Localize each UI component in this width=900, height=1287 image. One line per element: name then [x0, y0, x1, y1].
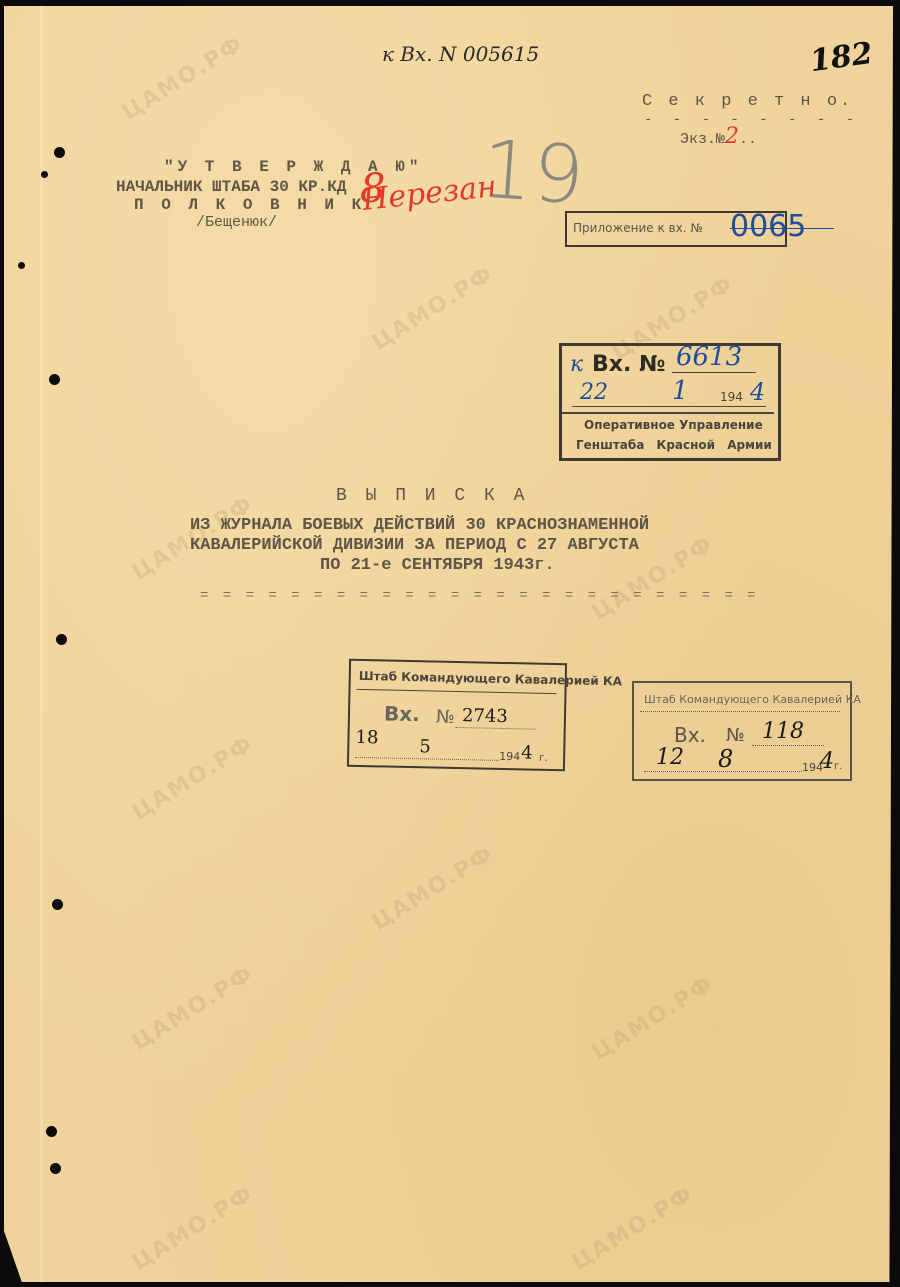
- archive-watermark: ЦАМО.РФ: [368, 261, 499, 356]
- fold-line: [40, 6, 43, 1282]
- heading-line-2: КАВАЛЕРИЙСКОЙ ДИВИЗИИ ЗА ПЕРИОД С 27 АВГ…: [190, 536, 639, 555]
- date-line: [355, 757, 499, 761]
- stamp-year-suffix: 4: [750, 378, 765, 406]
- archive-watermark: ЦАМО.РФ: [128, 961, 259, 1056]
- stamp-org-line1: Оперативное Управление: [584, 418, 763, 432]
- number-sign: №: [726, 725, 745, 746]
- page-number: 182: [808, 36, 875, 79]
- number-sign: №: [436, 707, 455, 728]
- stamp-org: Штаб Командующего Кавалерией КА: [359, 669, 623, 689]
- stamp-day: 12: [656, 745, 684, 770]
- archive-watermark: ЦАМО.РФ: [118, 31, 249, 126]
- stamp-year-end: г.: [834, 761, 842, 772]
- archive-watermark: ЦАМО.РФ: [588, 971, 719, 1066]
- date-line: [644, 771, 802, 772]
- stamp-org: Штаб Командующего Кавалерией КА: [644, 693, 861, 706]
- separator-line: = = = = = = = = = = = = = = = = = = = = …: [200, 588, 759, 604]
- copy-label: Экз.№: [680, 131, 725, 148]
- stamp-year-prefix: 194: [499, 750, 520, 763]
- punch-hole: [54, 147, 65, 158]
- punch-hole: [46, 1126, 57, 1137]
- stamp-year-suffix: 4: [820, 749, 834, 774]
- archive-watermark: ЦАМО.РФ: [128, 731, 259, 826]
- stamp-divider: [357, 689, 557, 694]
- stamp-day: 18: [355, 727, 378, 748]
- copy-dots: ..: [739, 131, 757, 148]
- copy-number-row: Экз.№2..: [680, 124, 757, 149]
- date-line: [572, 406, 766, 407]
- punch-hole: [18, 262, 25, 269]
- cavalry-stamp-1: Штаб Командующего Кавалерией КА Вх. № 27…: [347, 659, 567, 772]
- number-line: [752, 745, 824, 746]
- appendix-underline: [730, 228, 834, 229]
- cavalry-stamp-2: Штаб Командующего Кавалерией КА Вх. № 11…: [632, 681, 852, 781]
- incoming-label: Вх.: [674, 723, 706, 747]
- stamp-year-prefix: 194: [720, 390, 743, 404]
- copy-number: 2: [725, 124, 739, 149]
- stamp-prefix: к: [570, 352, 583, 377]
- heading-line-3: ПО 21-е СЕНТЯБРЯ 1943г.: [320, 556, 555, 575]
- appendix-number: 0065: [730, 209, 806, 244]
- document-page: ЦАМО.РФ ЦАМО.РФ ЦАМО.РФ ЦАМО.РФ ЦАМО.РФ …: [4, 6, 893, 1282]
- stamp-month: 5: [419, 736, 431, 757]
- incoming-label: Вх.: [384, 701, 420, 726]
- incoming-label: Вх. №: [592, 352, 665, 377]
- stamp-year-end: г.: [539, 753, 548, 764]
- signature-initial: 8: [360, 166, 385, 212]
- approval-rank: П О Л К О В Н И К: [134, 196, 365, 214]
- stamp-divider: [640, 711, 840, 712]
- archive-watermark: ЦАМО.РФ: [568, 1181, 699, 1276]
- number-line: [672, 372, 756, 373]
- punch-hole: [41, 171, 48, 178]
- punch-hole: [49, 374, 60, 385]
- number-line: [456, 727, 536, 730]
- stamp-month: 8: [718, 745, 733, 773]
- document-title: В Ы П И С К А: [336, 486, 528, 506]
- archive-watermark: ЦАМО.РФ: [368, 841, 499, 936]
- stamp-year-suffix: 4: [521, 742, 533, 763]
- divider-line: [562, 412, 774, 414]
- pencil-mark: 19: [479, 123, 587, 223]
- incoming-number: 6613: [676, 342, 742, 372]
- punch-hole: [56, 634, 67, 645]
- stamp-org-line2: Генштаба Красной Армии: [576, 438, 772, 452]
- classification-label: С е к р е т н о.: [642, 92, 853, 111]
- handwritten-reference: к Вх. N 005615: [382, 42, 539, 66]
- incoming-number: 118: [762, 719, 804, 744]
- incoming-number: 2743: [462, 705, 508, 727]
- archive-watermark: ЦАМО.РФ: [128, 1181, 259, 1276]
- heading-line-1: ИЗ ЖУРНАЛА БОЕВЫХ ДЕЙСТВИЙ 30 КРАСНОЗНАМ…: [190, 516, 649, 535]
- approval-name: /Бещенюк/: [196, 214, 277, 231]
- approval-position: НАЧАЛЬНИК ШТАБА 30 КР.КД: [116, 178, 346, 196]
- appendix-stamp-text: Приложение к вх. №: [573, 221, 703, 235]
- punch-hole: [50, 1163, 61, 1174]
- punch-hole: [52, 899, 63, 910]
- stamp-month: 1: [672, 376, 689, 406]
- stamp-day: 22: [580, 380, 608, 405]
- genshtab-stamp: к Вх. № 6613 22 1 194 4 Оперативное Упра…: [559, 343, 781, 461]
